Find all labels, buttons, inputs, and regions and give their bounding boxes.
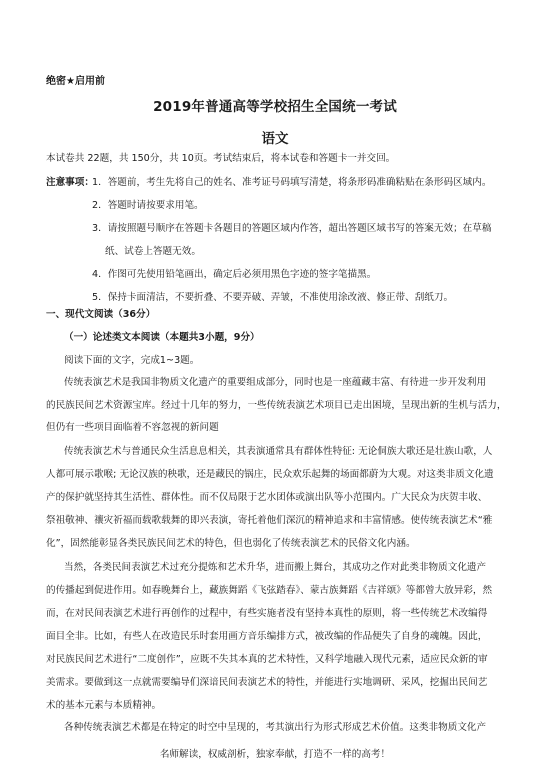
exam-page: 绝密★启用前 2019年普通高等学校招生全国统一考试 语文 本试卷共 22题，共… [0, 0, 550, 767]
body-line: 的传播起到促进作用。如春晚舞台上，藏族舞蹈《飞弦踏春》、蒙古族舞蹈《吉祥颂》等都… [46, 585, 492, 597]
section-instruction: 阅读下面的文字，完成1~3题。 [64, 355, 199, 367]
notice-item-3: 3．请按照题号顺序在答题卡各题目的答题区域内作答，超出答题区域书写的答案无效；在… [92, 223, 491, 235]
body-line: 美需求。要做到这一点就需要编导们深谙民间表演艺术的特性，并能进行实地调研、采风，… [46, 677, 487, 689]
body-line: 但仍有一些项目面临着不容忽视的新问题 [46, 422, 219, 434]
body-line: 传统表演艺术与普通民众生活息息相关，其表演通常具有群体性特征: 无论侗族大歌还是… [64, 446, 492, 458]
body-line: 传统表演艺术是我国非物质文化遗产的重要组成部分，同时也是一座蕴藏丰富、有待进一步… [64, 377, 486, 389]
body-line: 的民族民间艺术资源宝库。经过十几年的努力，一些传统表演艺术项目已走出困境，呈现出… [46, 400, 507, 412]
footer-slogan: 名师解读，权威剖析，独家奉献，打造不一样的高考！ [0, 746, 550, 760]
exam-title: 2019年普通高等学校招生全国统一考试 [0, 95, 550, 115]
body-line: 而，在对民间表演艺术进行再创作的过程中，有些实施者没有坚持本真性的原则，将一些传… [46, 608, 487, 620]
body-line: 产的保护就坚持其生活性、群体性。而不仅局限于艺水团体或演出队等小范围内。广大民众… [46, 492, 487, 504]
body-line: 对民族民间艺术进行“二度创作”，应既不失其本真的艺术特性，又科学地融入现代元素，… [46, 654, 488, 666]
intro-text: 本试卷共 22题，共 150分，共 10页。考试结束后，将本试卷和答题卡一并交回… [46, 153, 395, 165]
body-line: 面目全非。比如，有些人在改造民乐时套用画方音乐编排方式，被改编的作品便失了自身的… [46, 631, 487, 643]
notice-item-4: 4．作图可先使用铅笔画出，确定后必须用黑色字迹的签字笔描黑。 [92, 269, 376, 281]
notice-item-1: 1．答题前，考生先将自己的姓名、准考证号码填写清楚，将条形码准确粘贴在条形码区域… [92, 177, 491, 189]
notice-item-5: 5．保持卡面清洁，不要折叠、不要弄破、弄皱，不准使用涂改液、修正带、刮纸刀。 [92, 292, 453, 304]
body-line: 当然，各类民间表演艺术过充分提炼和艺术升华，进而搬上舞台，其成功之作对此类非物质… [64, 562, 486, 574]
section-subheading: （一）论述类文本阅读（本题共3小题，9分） [64, 332, 260, 344]
notice-item-3-cont: 纸、试卷上答题无效。 [105, 246, 201, 258]
body-line: 术的基本元素与本质精神。 [46, 700, 161, 712]
section-heading: 一、现代文阅读（36分） [46, 309, 155, 321]
notice-label: 注意事项： [46, 177, 94, 189]
subject-title: 语文 [0, 127, 550, 147]
secret-label: 绝密★启用前 [46, 72, 105, 87]
body-line: 人都可展示歌喉; 无论汉族的秧歌，还是藏民的锅庄，民众欢乐起舞的场面都蔚为大观。… [46, 469, 494, 481]
body-line: 化”，固然能彰显各类民族民间艺术的特色，但也弱化了传统表演艺术的民俗文化内涵。 [46, 538, 416, 550]
body-line: 各种传统表演艺术都是在特定的时空中呈现的，考其演出行为形式形成艺术价值。这类非物… [64, 722, 486, 734]
body-line: 祭祖敬神、禳灾祈福而载歌载舞的即兴表演，寄托着他们深沉的精神追求和丰富情感。使传… [46, 515, 492, 527]
notice-item-2: 2．答题时请按要求用笔。 [92, 200, 204, 212]
